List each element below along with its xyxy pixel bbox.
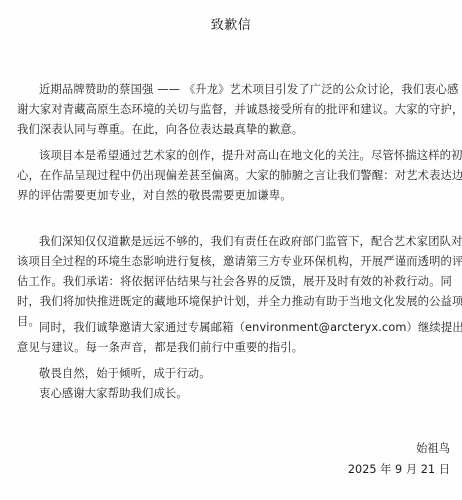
paragraph-commitments: 我们深知仅仅道歉是远远不够的，我们有责任在政府部门监管下，配合艺术家团队对 该项… <box>17 232 447 332</box>
paragraph-line: 心，在作品呈现过程中仍出现偏差甚至偏离。大家的肺腑之言让我们警醒：对艺术表达边 <box>17 166 447 186</box>
paragraph-opening: 近期品牌赞助的蔡国强 —— 《升龙》艺术项目引发了广泛的公众讨论，我们衷心感 谢… <box>17 80 447 140</box>
paragraph-line: 我们深表认同与尊重。在此，向各位表达最真挚的歉意。 <box>17 120 447 140</box>
paragraph-line: 近期品牌赞助的蔡国强 —— 《升龙》艺术项目引发了广泛的公众讨论，我们衷心感 <box>17 80 447 100</box>
paragraph-line: 衷心感谢大家帮助我们成长。 <box>17 384 447 404</box>
paragraph-line: 界的评估需要更加专业，对自然的敬畏需要更加谦卑。 <box>17 186 447 206</box>
signature-date: 2025 年 9 月 21 日 <box>348 459 450 480</box>
letter-page: 致歉信 近期品牌赞助的蔡国强 —— 《升龙》艺术项目引发了广泛的公众讨论，我们衷… <box>0 0 462 500</box>
paragraph-line: 敬畏自然，始于倾听，成于行动。 <box>17 364 447 384</box>
paragraph-line: 谢大家对青藏高原生态环境的关切与监督，并诚恳接受所有的批评和建议。大家的守护， <box>17 100 447 120</box>
paragraph-project-intent: 该项目本是希望通过艺术家的创作，提升对高山在地文化的关注。尽管怀揣这样的初 心，… <box>17 146 447 206</box>
paragraph-line: 该项目全过程的环境生态影响进行复核，邀请第三方专业环保机构，开展严谨而透明的评 <box>17 252 447 272</box>
paragraph-line: 同时，我们诚挚邀请大家通过专属邮箱（environment@arcteryx.c… <box>17 318 447 338</box>
paragraph-line: 时，我们将加快推进既定的藏地环境保护计划，并全力推动有助于当地文化发展的公益项 <box>17 292 447 312</box>
paragraph-feedback-email: 同时，我们诚挚邀请大家通过专属邮箱（environment@arcteryx.c… <box>17 318 447 358</box>
letter-title: 致歉信 <box>0 17 462 35</box>
signature-name: 始祖鸟 <box>348 438 450 459</box>
paragraph-line: 意见与建议。每一条声音，都是我们前行中重要的指引。 <box>17 338 447 358</box>
paragraph-line: 估工作。我们承诺：将依据评估结果与社会各界的反馈，展开及时有效的补救行动。同 <box>17 272 447 292</box>
signature-block: 始祖鸟 2025 年 9 月 21 日 <box>348 438 450 480</box>
paragraph-closing: 敬畏自然，始于倾听，成于行动。 衷心感谢大家帮助我们成长。 <box>17 364 447 404</box>
paragraph-line: 我们深知仅仅道歉是远远不够的，我们有责任在政府部门监管下，配合艺术家团队对 <box>17 232 447 252</box>
paragraph-line: 该项目本是希望通过艺术家的创作，提升对高山在地文化的关注。尽管怀揣这样的初 <box>17 146 447 166</box>
